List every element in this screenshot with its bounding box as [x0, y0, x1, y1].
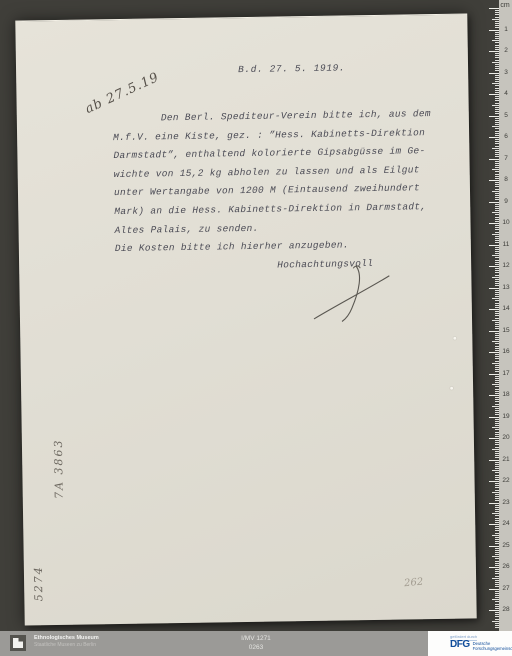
ruler-tick — [495, 520, 499, 521]
ruler-tick — [495, 434, 499, 435]
ruler-tick — [492, 169, 499, 170]
ruler-number: 14 — [500, 305, 512, 313]
ruler-tick — [495, 193, 499, 194]
ruler-tick — [492, 212, 499, 213]
ruler-tick — [495, 509, 499, 510]
ruler-tick — [495, 466, 499, 467]
ruler-tick — [495, 496, 499, 497]
ruler-tick — [495, 176, 499, 177]
ruler-number: 3 — [500, 69, 512, 77]
ruler-number: 4 — [500, 90, 512, 98]
ruler-tick — [495, 475, 499, 476]
ruler-tick — [495, 533, 499, 534]
ruler-tick — [495, 528, 499, 529]
ruler-tick — [495, 133, 499, 134]
ruler-tick — [495, 365, 499, 366]
ruler-tick — [495, 619, 499, 620]
ruler-tick — [489, 395, 499, 396]
ruler-tick — [492, 470, 499, 471]
ruler-tick — [492, 148, 499, 149]
ruler-tick — [492, 320, 499, 321]
ruler-tick — [495, 343, 499, 344]
ruler-tick — [492, 40, 499, 41]
ruler-tick — [495, 335, 499, 336]
ruler-tick — [495, 42, 499, 43]
ruler-tick — [489, 8, 499, 9]
ruler-tick — [495, 376, 499, 377]
ruler-tick — [495, 107, 499, 108]
ruler-tick — [495, 156, 499, 157]
ruler-tick — [495, 152, 499, 153]
ruler-tick — [495, 391, 499, 392]
ruler-tick — [495, 163, 499, 164]
ruler-tick — [495, 580, 499, 581]
ruler-tick — [495, 361, 499, 362]
ruler-tick — [495, 53, 499, 54]
ruler-tick — [495, 455, 499, 456]
ruler-tick — [492, 255, 499, 256]
ruler-tick — [495, 247, 499, 248]
ruler-number: 26 — [500, 563, 512, 571]
ruler-number: 11 — [500, 241, 512, 249]
ruler-tick — [495, 539, 499, 540]
ruler-tick — [495, 358, 499, 359]
ruler-tick — [495, 518, 499, 519]
ruler-tick — [495, 479, 499, 480]
ruler-tick — [495, 109, 499, 110]
ruler-tick — [495, 483, 499, 484]
ruler-tick — [495, 485, 499, 486]
ruler-number: 6 — [500, 133, 512, 141]
ruler-tick — [495, 17, 499, 18]
ruler-tick — [495, 573, 499, 574]
ruler-tick — [495, 404, 499, 405]
ruler-tick — [495, 380, 499, 381]
ruler-tick — [495, 257, 499, 258]
ruler-tick — [495, 515, 499, 516]
dfg-acronym: DFG — [450, 640, 470, 650]
ruler-tick — [495, 565, 499, 566]
ruler-tick — [495, 14, 499, 15]
ruler-tick — [495, 505, 499, 506]
ruler-tick — [495, 131, 499, 132]
ruler-tick — [495, 36, 499, 37]
ruler-tick — [495, 90, 499, 91]
ruler-tick — [495, 561, 499, 562]
ruler-tick — [495, 389, 499, 390]
ruler-tick — [495, 103, 499, 104]
ruler-tick — [489, 245, 499, 246]
ruler-tick — [495, 541, 499, 542]
ruler-tick — [495, 251, 499, 252]
ruler-tick — [495, 118, 499, 119]
ruler-tick — [495, 423, 499, 424]
ruler-tick — [495, 414, 499, 415]
ruler-tick — [495, 421, 499, 422]
ruler-tick — [495, 490, 499, 491]
ruler-tick — [495, 283, 499, 284]
ruler-tick — [489, 352, 499, 353]
scan-stage: ab 27.5.19 B.d. 27. 5. 1919. Den Berl. S… — [0, 0, 512, 656]
ruler-tick — [495, 143, 499, 144]
dfg-logo-row: DFG Deutsche Forschungsgemeinschaft — [450, 640, 512, 651]
ruler-tick — [495, 111, 499, 112]
corner-pencil-note: 262 — [404, 577, 424, 590]
ruler-tick — [489, 137, 499, 138]
ruler-tick — [495, 608, 499, 609]
ruler-tick — [495, 597, 499, 598]
ruler-tick — [495, 601, 499, 602]
ruler-tick — [495, 464, 499, 465]
ruler-tick — [495, 442, 499, 443]
ruler-tick — [495, 576, 499, 577]
ruler-tick — [495, 113, 499, 114]
ruler-tick — [495, 563, 499, 564]
ruler-tick — [495, 350, 499, 351]
ruler-tick — [489, 30, 499, 31]
ruler-tick — [495, 552, 499, 553]
ruler-tick — [495, 324, 499, 325]
ruler-tick — [495, 75, 499, 76]
ruler-tick — [495, 627, 499, 628]
ruler-tick — [489, 589, 499, 590]
ruler-tick — [495, 584, 499, 585]
ruler-tick — [495, 554, 499, 555]
ruler-tick — [489, 51, 499, 52]
ruler-number: 12 — [500, 262, 512, 270]
ruler-number: 21 — [500, 456, 512, 464]
ruler-number: 22 — [500, 477, 512, 485]
ruler-tick — [495, 457, 499, 458]
ruler-tick — [495, 122, 499, 123]
ruler-tick — [495, 382, 499, 383]
ruler-tick — [495, 315, 499, 316]
ruler-tick — [495, 586, 499, 587]
ruler-tick — [489, 309, 499, 310]
dfg-name-line2: Forschungsgemeinschaft — [473, 646, 512, 651]
ruler-tick — [495, 408, 499, 409]
ruler-number: 17 — [500, 370, 512, 378]
ruler-number: 25 — [500, 542, 512, 550]
dfg-logo: gefördert durch DFG Deutsche Forschungsg… — [428, 631, 512, 656]
ruler-tick — [495, 494, 499, 495]
ruler-tick — [495, 184, 499, 185]
ruler-tick — [495, 47, 499, 48]
ruler-tick — [495, 393, 499, 394]
ruler-tick — [495, 57, 499, 58]
ruler-tick — [495, 174, 499, 175]
ruler-tick — [495, 32, 499, 33]
ruler-tick — [495, 242, 499, 243]
ruler-tick — [495, 593, 499, 594]
ruler-tick — [489, 567, 499, 568]
ruler-tick — [495, 92, 499, 93]
ruler-tick — [495, 100, 499, 101]
ruler-tick — [489, 503, 499, 504]
ruler-tick — [495, 356, 499, 357]
ruler-tick — [495, 367, 499, 368]
ruler-tick — [492, 19, 499, 20]
ruler-tick — [495, 498, 499, 499]
ruler-tick — [495, 582, 499, 583]
ruler-tick — [495, 197, 499, 198]
typed-date-line: B.d. 27. 5. 1919. — [238, 62, 345, 75]
ruler-tick — [495, 135, 499, 136]
ruler-tick — [495, 281, 499, 282]
ruler-tick — [495, 569, 499, 570]
ruler-tick — [495, 85, 499, 86]
ruler-tick — [495, 591, 499, 592]
ruler-tick — [495, 468, 499, 469]
ruler-tick — [495, 425, 499, 426]
ruler-tick — [495, 346, 499, 347]
ruler-tick — [495, 38, 499, 39]
ruler-tick — [495, 165, 499, 166]
ruler-tick — [495, 96, 499, 97]
ruler-number: 9 — [500, 198, 512, 206]
ruler-tick — [492, 578, 499, 579]
ruler-tick — [495, 311, 499, 312]
ruler-tick — [495, 322, 499, 323]
ruler-tick — [495, 139, 499, 140]
ruler-tick — [489, 417, 499, 418]
ruler-tick — [495, 625, 499, 626]
ruler-tick — [495, 21, 499, 22]
ruler-tick — [492, 363, 499, 364]
ruler-number: 7 — [500, 155, 512, 163]
margin-inventory-number: 7A 3863 — [52, 438, 66, 499]
ruler-tick — [495, 436, 499, 437]
ruler-tick — [495, 303, 499, 304]
ruler-number: 10 — [500, 219, 512, 227]
ruler-tick — [492, 62, 499, 63]
ruler-tick — [495, 451, 499, 452]
ruler-tick — [495, 219, 499, 220]
ruler-tick — [492, 513, 499, 514]
punch-hole — [450, 387, 453, 390]
ruler-tick — [495, 124, 499, 125]
ruler-tick — [495, 204, 499, 205]
ruler-tick — [495, 328, 499, 329]
ruler-tick — [495, 45, 499, 46]
ruler-tick — [495, 595, 499, 596]
ruler-tick — [495, 66, 499, 67]
ruler-tick — [495, 128, 499, 129]
ruler-tick — [495, 337, 499, 338]
ruler-tick — [495, 397, 499, 398]
ruler-tick — [495, 401, 499, 402]
ruler-tick — [489, 159, 499, 160]
ruler-tick — [495, 333, 499, 334]
ruler-tick — [495, 399, 499, 400]
ruler-tick — [495, 141, 499, 142]
ruler-tick — [489, 610, 499, 611]
ruler-tick — [489, 116, 499, 117]
ruler-tick — [489, 438, 499, 439]
ruler-tick — [495, 292, 499, 293]
ruler-tick — [495, 146, 499, 147]
ruler-tick — [495, 410, 499, 411]
ruler-number: 20 — [500, 434, 512, 442]
ruler-tick — [495, 221, 499, 222]
ruler-number: 18 — [500, 391, 512, 399]
ruler-tick — [495, 154, 499, 155]
ruler-number: 8 — [500, 176, 512, 184]
ruler-tick — [495, 500, 499, 501]
ruler-tick — [495, 88, 499, 89]
ruler-tick — [495, 167, 499, 168]
ruler-tick — [495, 313, 499, 314]
ruler-number: 24 — [500, 520, 512, 528]
ruler-tick — [492, 277, 499, 278]
ruler-tick — [495, 507, 499, 508]
margin-reference-number: 5274 — [32, 565, 46, 601]
ruler-tick — [489, 73, 499, 74]
ruler-number: 5 — [500, 112, 512, 120]
ruler-tick — [495, 326, 499, 327]
ruler-tick — [495, 447, 499, 448]
ruler-tick — [495, 225, 499, 226]
ruler-tick — [495, 453, 499, 454]
ruler-tick — [495, 462, 499, 463]
ruler-tick — [495, 10, 499, 11]
ruler-number: 1 — [500, 26, 512, 34]
ruler-tick — [492, 427, 499, 428]
ruler-tick — [495, 227, 499, 228]
ruler-tick — [492, 621, 499, 622]
ruler-tick — [495, 530, 499, 531]
ruler-tick — [495, 240, 499, 241]
ruler-tick — [492, 341, 499, 342]
ruler: cm 1234567891011121314151617181920212223… — [472, 0, 512, 631]
ruler-tick — [495, 354, 499, 355]
ruler-tick — [495, 229, 499, 230]
ruler-tick — [495, 178, 499, 179]
ruler-tick — [495, 186, 499, 187]
ruler-tick — [495, 472, 499, 473]
ruler-tick — [495, 378, 499, 379]
ruler-tick — [495, 386, 499, 387]
ruler-tick — [495, 300, 499, 301]
ruler-tick — [495, 60, 499, 61]
ruler-tick — [495, 606, 499, 607]
ruler-tick — [495, 548, 499, 549]
ruler-tick — [495, 77, 499, 78]
ruler-tick — [495, 285, 499, 286]
ruler-tick — [495, 305, 499, 306]
ruler-tick — [495, 12, 499, 13]
ruler-tick — [495, 217, 499, 218]
ruler-tick — [495, 199, 499, 200]
ruler-tick — [492, 492, 499, 493]
ruler-tick — [489, 481, 499, 482]
ruler-tick — [492, 298, 499, 299]
ruler-tick — [489, 546, 499, 547]
ruler-tick — [495, 210, 499, 211]
ruler-tick — [495, 623, 499, 624]
footer-bar: Ethnologisches Museum Staatliche Museen … — [0, 631, 512, 656]
ruler-tick — [489, 460, 499, 461]
ruler-tick — [495, 23, 499, 24]
ruler-tick — [489, 202, 499, 203]
ruler-number: 2 — [500, 47, 512, 55]
ruler-number: 28 — [500, 606, 512, 614]
ruler-tick — [489, 180, 499, 181]
ruler-tick — [495, 294, 499, 295]
ruler-tick — [495, 307, 499, 308]
ruler-tick — [495, 208, 499, 209]
ruler-tick — [495, 27, 499, 28]
ruler-tick — [495, 614, 499, 615]
ruler-tick — [492, 556, 499, 557]
ruler-tick — [495, 150, 499, 151]
ruler-tick — [492, 384, 499, 385]
ruler-number: 16 — [500, 348, 512, 356]
ruler-number: 15 — [500, 327, 512, 335]
ruler-tick — [495, 55, 499, 56]
ruler-tick — [495, 268, 499, 269]
ruler-tick — [495, 612, 499, 613]
ruler-tick — [492, 234, 499, 235]
document-page: ab 27.5.19 B.d. 27. 5. 1919. Den Berl. S… — [15, 13, 476, 625]
ruler-number: 19 — [500, 413, 512, 421]
ruler-tick — [492, 406, 499, 407]
letter-body: Den Berl. Spediteur-Verein bitte ich, au… — [113, 105, 434, 277]
ruler-tick — [495, 429, 499, 430]
ruler-tick — [495, 232, 499, 233]
ruler-tick — [495, 189, 499, 190]
ruler-tick — [492, 191, 499, 192]
ruler-tick — [489, 223, 499, 224]
ruler-tick — [495, 270, 499, 271]
ruler-tick — [495, 537, 499, 538]
ruler-tick — [495, 419, 499, 420]
ruler-tick — [495, 369, 499, 370]
ruler-tick — [495, 25, 499, 26]
ruler-tick — [495, 526, 499, 527]
ruler-tick — [495, 262, 499, 263]
signature-flourish — [307, 264, 398, 327]
ruler-tick — [489, 94, 499, 95]
ruler-tick — [495, 171, 499, 172]
ruler-tick — [495, 522, 499, 523]
ruler-tick — [492, 83, 499, 84]
ruler-tick — [495, 81, 499, 82]
ruler-tick — [495, 412, 499, 413]
ruler-tick — [495, 64, 499, 65]
ruler-tick — [495, 487, 499, 488]
ruler-tick — [492, 535, 499, 536]
ruler-tick — [495, 120, 499, 121]
ruler-tick — [495, 161, 499, 162]
ruler-tick — [495, 195, 499, 196]
ruler-unit-label: cm — [499, 2, 511, 9]
ruler-tick — [492, 126, 499, 127]
ruler-tick — [495, 543, 499, 544]
ruler-number: 27 — [500, 585, 512, 593]
ruler-tick — [495, 432, 499, 433]
ruler-tick — [495, 604, 499, 605]
ruler-tick — [489, 266, 499, 267]
ruler-tick — [489, 288, 499, 289]
ruler-tick — [495, 348, 499, 349]
ruler-tick — [495, 260, 499, 261]
ruler-tick — [495, 477, 499, 478]
ruler-tick — [495, 98, 499, 99]
ruler-tick — [495, 440, 499, 441]
ruler-tick — [495, 571, 499, 572]
ruler-tick — [495, 339, 499, 340]
